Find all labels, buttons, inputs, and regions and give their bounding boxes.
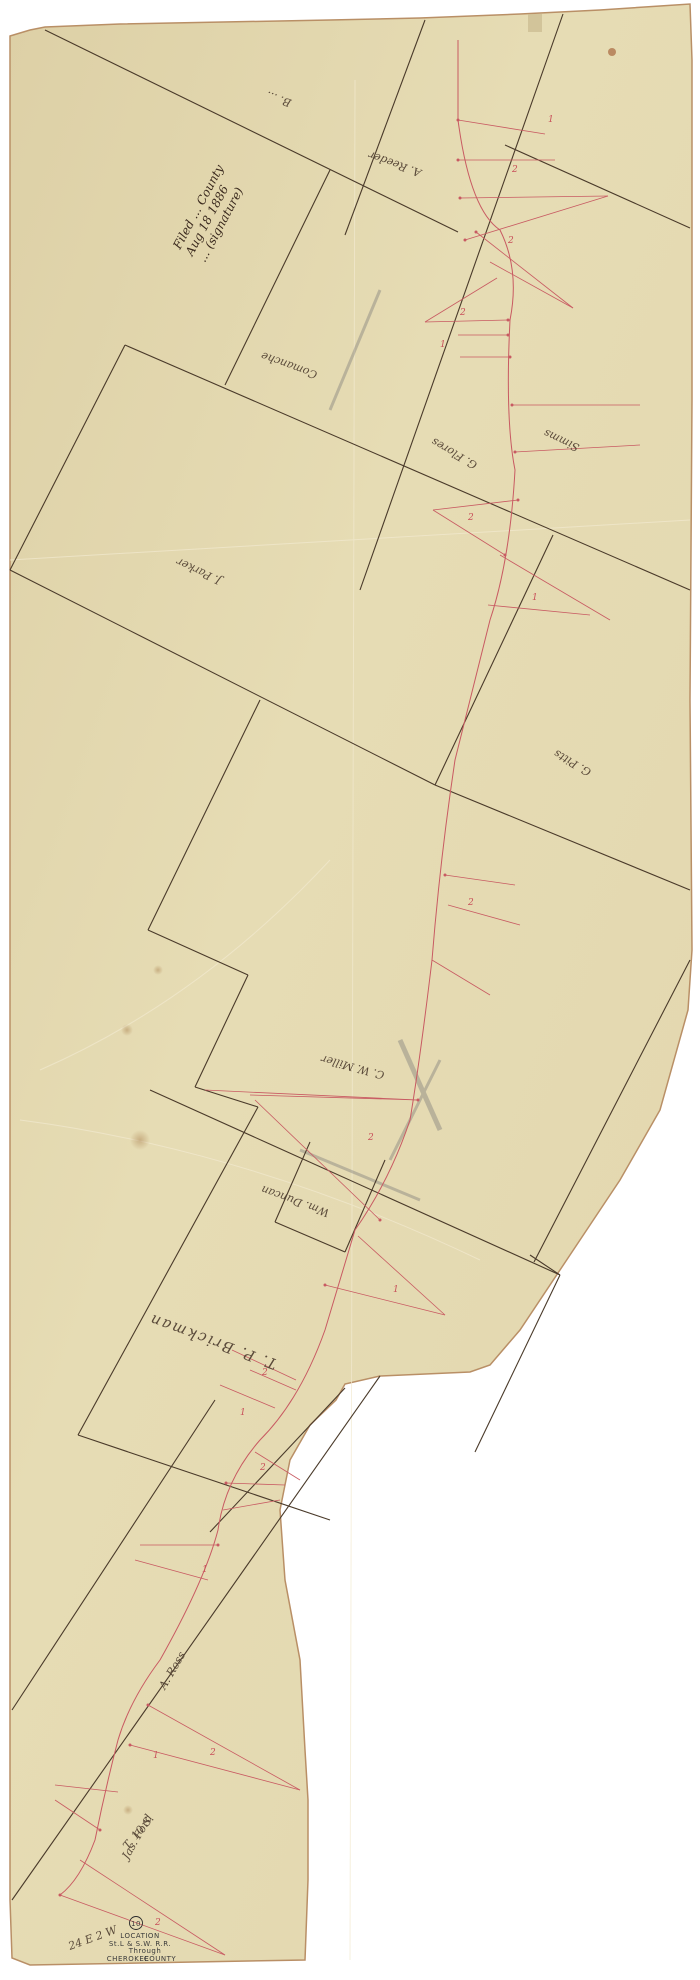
svg-text:2: 2 xyxy=(261,1368,268,1378)
map-canvas: B. ... A. Reeder Comanche G. Flores Simm… xyxy=(0,0,700,1980)
svg-text:2: 2 xyxy=(154,1918,161,1928)
tape-mark xyxy=(528,14,542,32)
title-county-word: COUNTY xyxy=(144,1955,177,1963)
svg-text:2: 2 xyxy=(459,308,466,318)
title-county-name: CHEROKEE xyxy=(107,1955,149,1963)
svg-text:2: 2 xyxy=(467,898,474,908)
svg-text:1: 1 xyxy=(548,115,554,125)
svg-text:1: 1 xyxy=(440,340,446,350)
svg-text:1: 1 xyxy=(532,593,538,603)
svg-text:2: 2 xyxy=(467,513,474,523)
svg-text:2: 2 xyxy=(511,165,518,175)
svg-text:2: 2 xyxy=(367,1133,374,1143)
svg-text:2: 2 xyxy=(259,1463,266,1473)
sheet-number: 10 xyxy=(131,1920,141,1928)
survey-map-sheet: B. ... A. Reeder Comanche G. Flores Simm… xyxy=(0,0,700,1980)
svg-text:1: 1 xyxy=(393,1285,399,1295)
svg-text:1: 1 xyxy=(240,1408,246,1418)
svg-text:1: 1 xyxy=(153,1751,159,1761)
svg-text:2: 2 xyxy=(209,1748,216,1758)
svg-text:1: 1 xyxy=(202,1565,208,1575)
title-location: LOCATION xyxy=(120,1932,159,1940)
title-through: Through xyxy=(128,1947,162,1955)
svg-text:2: 2 xyxy=(507,236,514,246)
